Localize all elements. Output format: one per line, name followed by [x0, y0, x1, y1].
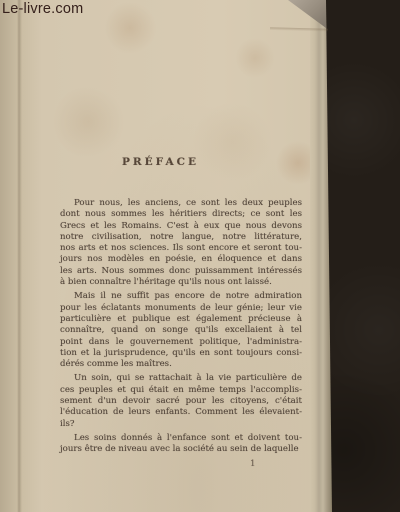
text-line: Pour nous, les anciens, ce sont les deux…: [60, 198, 302, 209]
text-line: dont nous sommes les héritiers directs; …: [60, 209, 302, 220]
text-line: notre civilisation, notre langue, notre …: [60, 232, 302, 243]
text-line: nos arts et nos sciences. Ils sont encor…: [60, 243, 302, 254]
book-photo: Le-livre.com PRÉFACE Pour nous, les anci…: [0, 0, 400, 512]
text-line: l'éducation de leurs enfants. Comment le…: [60, 407, 302, 418]
text-line: connaître, quand on songe qu'ils excella…: [60, 325, 302, 336]
page-number: 1: [60, 459, 302, 470]
text-line: Un soin, qui se rattachait à la vie part…: [60, 373, 302, 384]
text-line: ils?: [60, 419, 302, 430]
paragraph: Les soins donnés à l'enfance sont et doi…: [60, 433, 302, 456]
body-text: Pour nous, les anciens, ce sont les deux…: [60, 198, 302, 470]
text-line: Grecs et les Romains. C'est à eux que no…: [60, 221, 302, 232]
paragraph: Un soin, qui se rattachait à la vie part…: [60, 373, 302, 429]
text-line: ces peuples et qui était en même temps l…: [60, 385, 302, 396]
text-line: jours nos modèles en poésie, en éloquenc…: [60, 254, 302, 265]
text-line: Mais il ne suffit pas encore de notre ad…: [60, 291, 302, 302]
paragraph: Pour nous, les anciens, ce sont les deux…: [60, 198, 302, 288]
text-line: Les soins donnés à l'enfance sont et doi…: [60, 433, 302, 444]
text-line: les arts. Nous sommes donc puissamment i…: [60, 266, 302, 277]
text-line: jours être de niveau avec la société au …: [60, 444, 302, 455]
text-line: point dans le gouvernement politique, l'…: [60, 337, 302, 348]
paragraph: Mais il ne suffit pas encore de notre ad…: [60, 291, 302, 370]
watermark: Le-livre.com: [2, 1, 83, 17]
page-title: PRÉFACE: [122, 156, 199, 168]
text-line: tion et la jurisprudence, qu'ils en sont…: [60, 348, 302, 359]
book-cover: [324, 0, 400, 512]
text-line: à bien connaître l'héritage qu'ils nous …: [60, 277, 302, 288]
text-line: sement d'un devoir sacré pour les citoye…: [60, 396, 302, 407]
text-line: pour les éclatants monuments de leur gén…: [60, 303, 302, 314]
text-line: dérés comme les maîtres.: [60, 359, 302, 370]
text-line: particulière et publique est également p…: [60, 314, 302, 325]
